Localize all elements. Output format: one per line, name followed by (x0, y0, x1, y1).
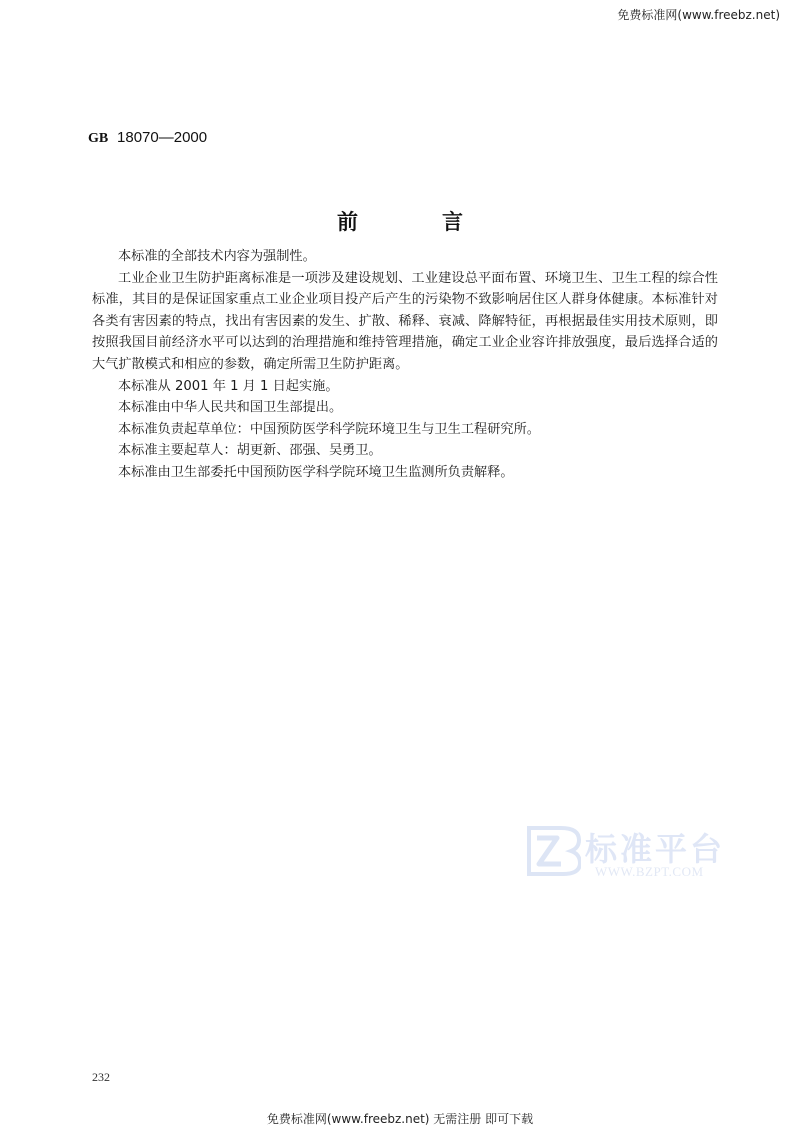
paragraph-drafters: 本标准主要起草人：胡更新、邵强、吴勇卫。 (92, 440, 718, 462)
title-char-1: 前 (337, 206, 358, 236)
paragraph-proposer: 本标准由中华人民共和国卫生部提出。 (92, 397, 718, 419)
title-char-2: 言 (442, 206, 463, 236)
standard-prefix: GB (88, 131, 108, 146)
bzpt-watermark: 标准平台 WWW.BZPT.COM (527, 826, 747, 888)
page-number: 232 (92, 1070, 110, 1085)
paragraph-effective-date: 本标准从 2001 年 1 月 1 日起实施。 (92, 376, 718, 398)
paragraph-drafting-unit: 本标准负责起草单位：中国预防医学科学院环境卫生与卫生工程研究所。 (92, 419, 718, 441)
bottom-watermark: 免费标准网(www.freebz.net) 无需注册 即可下载 (0, 1110, 800, 1127)
standard-code: GB 18070—2000 (88, 128, 207, 147)
paragraph-mandatory: 本标准的全部技术内容为强制性。 (92, 246, 718, 268)
paragraph-overview: 工业企业卫生防护距离标准是一项涉及建设规划、工业建设总平面布置、环境卫生、卫生工… (92, 268, 718, 376)
bzpt-logo-icon (527, 826, 581, 876)
paragraph-interpretation: 本标准由卫生部委托中国预防医学科学院环境卫生监测所负责解释。 (92, 462, 718, 484)
foreword-body: 本标准的全部技术内容为强制性。 工业企业卫生防护距离标准是一项涉及建设规划、工业… (92, 246, 718, 484)
standard-number: 18070—2000 (117, 129, 207, 146)
page-title: 前言 (0, 206, 800, 236)
top-watermark: 免费标准网(www.freebz.net) (617, 6, 780, 23)
logo-url: WWW.BZPT.COM (595, 864, 704, 880)
